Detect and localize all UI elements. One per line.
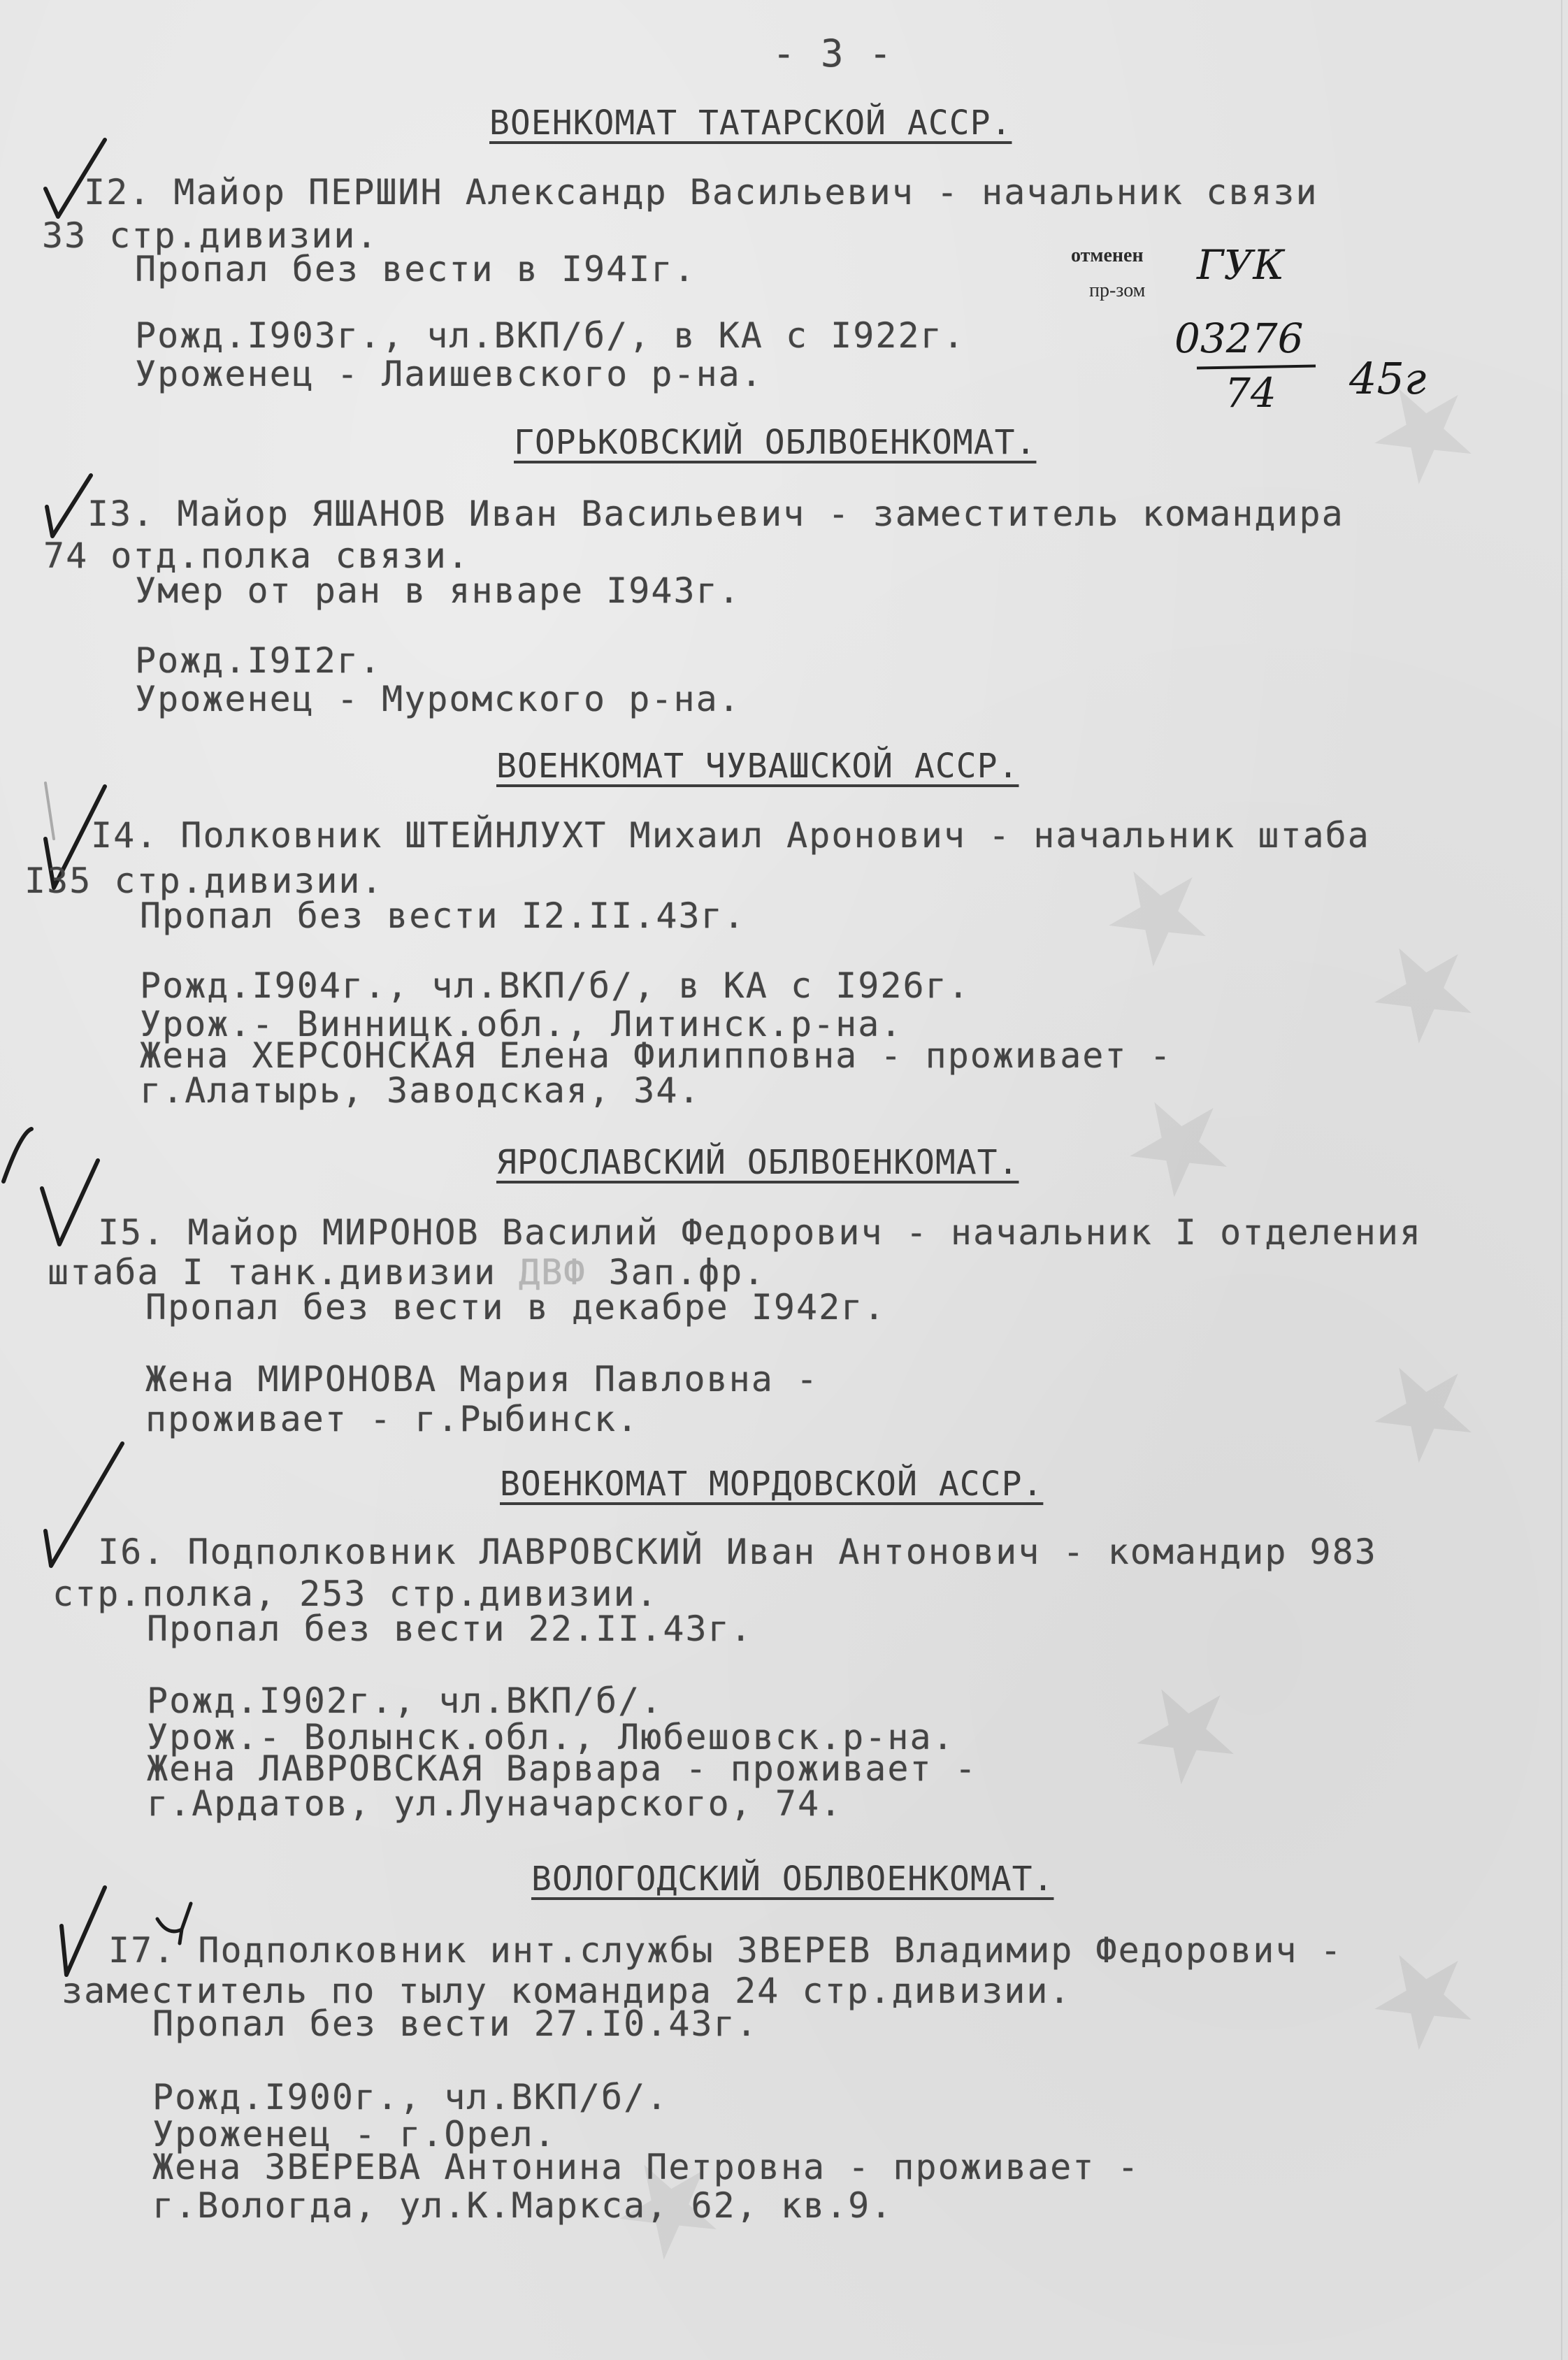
entry-status: Пропал без вести I2.II.43г. xyxy=(140,898,746,933)
entry-detail: г.Вологда, ул.К.Маркса, 62, кв.9. xyxy=(152,2188,893,2223)
entry-line: I2. Майор ПЕРШИН Александр Васильевич - … xyxy=(84,175,1318,210)
entry-detail: Уроженец - Лаишевского р-на. xyxy=(135,357,763,391)
entry-detail: Жена ЗВЕРЕВА Антонина Петровна - прожива… xyxy=(152,2150,1140,2185)
section-heading: ВОЕНКОМАТ ЧУВАШСКОЙ АССР. xyxy=(496,747,1019,786)
handwritten-denominator: 74 xyxy=(1225,369,1276,417)
entry-line: штаба I танк.дивизии ДВФ Зап.фр. xyxy=(48,1255,765,1290)
stamp-cancelled: отменен xyxy=(1071,245,1144,267)
entry-line: 74 отд.полка связи. xyxy=(43,538,470,573)
entry-detail: Рожд.I902г., чл.ВКП/б/. xyxy=(147,1683,663,1718)
section-heading: ВОЛОГОДСКИЙ ОБЛВОЕНКОМАТ. xyxy=(531,1859,1053,1899)
section-heading: ЯРОСЛАВСКИЙ ОБЛВОЕНКОМАТ. xyxy=(496,1143,1019,1182)
entry-status: Пропал без вести 27.I0.43г. xyxy=(152,2006,758,2041)
entry-line: I7. Подполковник инт.службы ЗВЕРЕВ Влади… xyxy=(108,1933,1343,1968)
entry-line: 33 стр.дивизии. xyxy=(42,218,379,253)
entry-line: I5. Майор МИРОНОВ Василий Федорович - на… xyxy=(98,1215,1422,1250)
entry-detail: Жена МИРОНОВА Мария Павловна - xyxy=(145,1362,819,1397)
entry-status: Пропал без вести в I94Iг. xyxy=(135,252,696,287)
entry-line: I4. Полковник ШТЕЙНЛУХТ Михаил Аронович … xyxy=(91,818,1370,853)
handwritten-numerator: 03276 xyxy=(1174,315,1304,362)
page-number: - 3 - xyxy=(772,35,893,73)
entry-detail: Рожд.I9I2г. xyxy=(135,643,382,678)
page-edge xyxy=(1561,0,1562,2360)
entry-detail: г.Алатырь, Заводская, 34. xyxy=(140,1073,701,1108)
handwritten-code: ГУК xyxy=(1197,241,1284,289)
entry-detail: Жена ХЕРСОНСКАЯ Елена Филипповна - прожи… xyxy=(140,1038,1172,1073)
entry-status: Пропал без вести 22.II.43г. xyxy=(147,1611,753,1646)
entry-detail: Рожд.I900г., чл.ВКП/б/. xyxy=(152,2080,668,2115)
checkmark-icon xyxy=(56,1884,112,1982)
entry-detail: Жена ЛАВРОВСКАЯ Варвара - проживает - xyxy=(147,1751,977,1786)
entry-detail: Рожд.I903г., чл.ВКП/б/, в КА с I922г. xyxy=(135,318,965,353)
entry-status: Умер от ран в январе I943г. xyxy=(135,573,741,608)
entry-detail: проживает - г.Рыбинск. xyxy=(145,1402,639,1437)
entry-detail: Рожд.I904г., чл.ВКП/б/, в КА с I926г. xyxy=(140,968,970,1003)
section-heading: ВОЕНКОМАТ ТАТАРСКОЙ АССР. xyxy=(489,103,1012,143)
entry-line: I35 стр.дивизии. xyxy=(24,863,384,898)
entry-detail: г.Ардатов, ул.Луначарского, 74. xyxy=(147,1786,842,1821)
entry-detail: Уроженец - Муромского р-на. xyxy=(135,682,741,717)
checkmark-icon xyxy=(0,1118,105,1265)
section-heading: ГОРЬКОВСКИЙ ОБЛВОЕНКОМАТ. xyxy=(514,423,1036,462)
stamp-by-order: пр-зом xyxy=(1089,280,1145,302)
entry-line: стр.полка, 253 стр.дивизии. xyxy=(52,1576,659,1611)
section-heading: ВОЕНКОМАТ МОРДОВСКОЙ АССР. xyxy=(500,1465,1043,1504)
entry-line: I6. Подполковник ЛАВРОВСКИЙ Иван Антонов… xyxy=(98,1534,1377,1569)
entry-status: Пропал без вести в декабре I942г. xyxy=(145,1290,886,1325)
handwritten-year: 45г xyxy=(1349,353,1426,404)
entry-line: I3. Майор ЯШАНОВ Иван Васильевич - замес… xyxy=(87,496,1344,531)
